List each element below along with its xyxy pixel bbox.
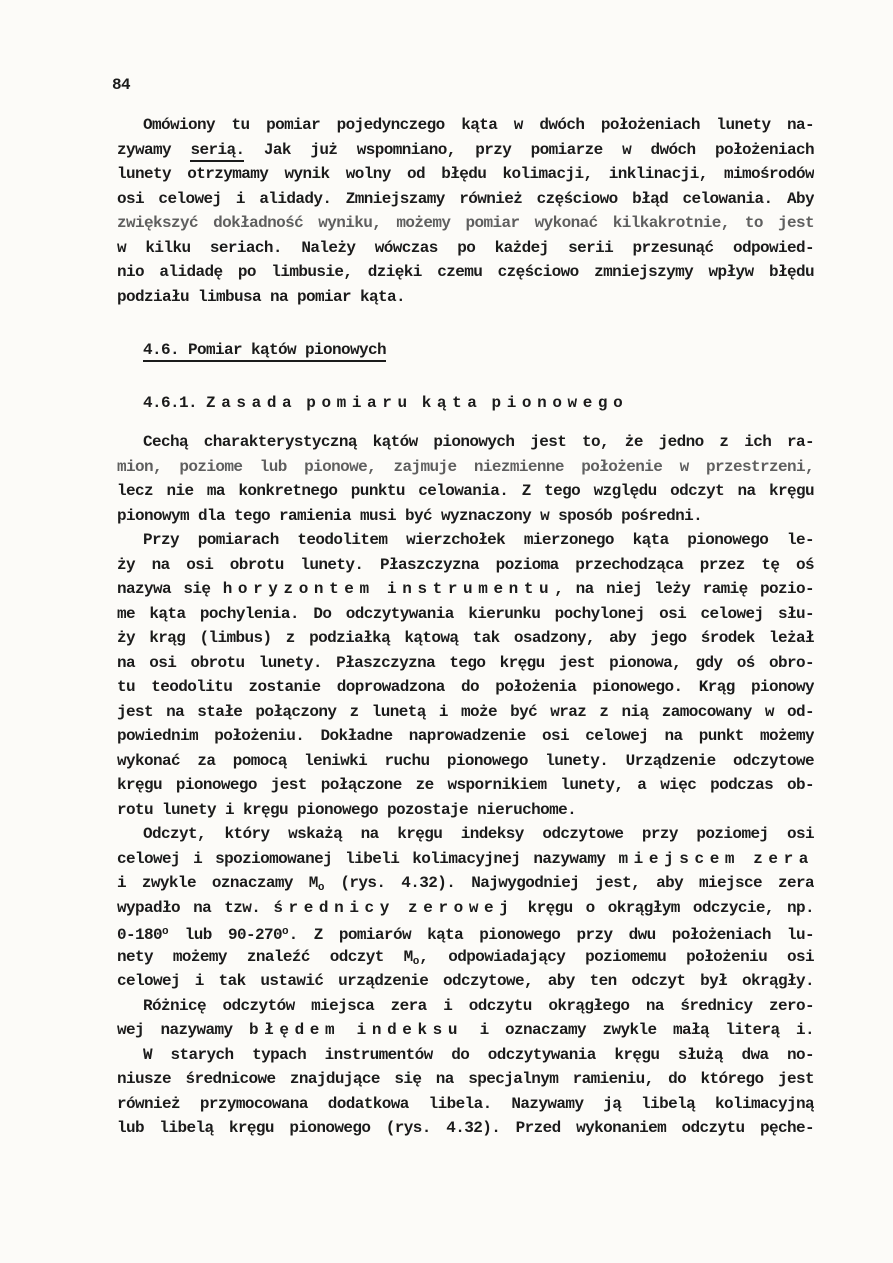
text-line: zywamy serią. Jak już wspomniano, przy p…	[117, 138, 814, 163]
paragraph-theodolite-measurement: Przy pomiarach teodolitem wierzchołek mi…	[117, 528, 814, 822]
text-line: i zwykle oznaczamy Mo (rys. 4.32). Najwy…	[117, 871, 814, 896]
text-line: W starych typach instrumentów do odczyty…	[117, 1043, 814, 1068]
paragraph-vertical-angle-principle: Cechą charakterystyczną kątów pionowych …	[117, 430, 814, 528]
text-line: wykonać za pomocą leniwki ruchu pionoweg…	[117, 749, 814, 774]
faded-print: zwiększyć dokładność wyniku, możemy pomi…	[117, 214, 814, 232]
letterspaced-term: zerowej	[408, 899, 514, 917]
text-line: Różnicę odczytów miejsca zera i odczytu …	[117, 994, 814, 1019]
text-line: me kąta pochylenia. Do odczytywania kier…	[117, 602, 814, 627]
text-line: Odczyt, który wskażą na kręgu indeksy od…	[117, 822, 814, 847]
letterspaced-term: horyzontem	[223, 580, 375, 598]
text-line: nety możemy znaleźć odczyt Mo, odpowiada…	[117, 945, 814, 970]
text-line: zwiększyć dokładność wyniku, możemy pomi…	[117, 211, 814, 236]
letterspaced-term: indeksu	[357, 1021, 463, 1039]
text-line: rotu lunety i kręgu pionowego pozostaje …	[117, 798, 814, 823]
heading-4-6-1: 4.6.1. Zasada pomiaru kąta pionowego	[117, 391, 814, 416]
letterspaced-term: kąta	[422, 394, 483, 412]
letterspaced-term: błędem	[249, 1021, 340, 1039]
paragraph-intro: Omówiony tu pomiar pojedynczego kąta w d…	[117, 113, 814, 309]
text-line: celowej i tak ustawić urządzenie odczyto…	[117, 969, 814, 994]
text-line: jest na stałe połączony z lunetą i może …	[117, 700, 814, 725]
text-line: osi celowej i alidady. Zmniejszamy równi…	[117, 187, 814, 212]
text-line: podziału limbusa na pomiar kąta.	[117, 285, 814, 310]
heading-4-6: 4.6. Pomiar kątów pionowych	[117, 338, 814, 363]
text-line: Omówiony tu pomiar pojedynczego kąta w d…	[117, 113, 814, 138]
heading-4-6-text: 4.6. Pomiar kątów pionowych	[117, 338, 814, 363]
document-content: Omówiony tu pomiar pojedynczego kąta w d…	[117, 113, 814, 1141]
text-line: Przy pomiarach teodolitem wierzchołek mi…	[117, 528, 814, 553]
text-line: lecz nie ma konkretnego punktu celowania…	[117, 479, 814, 504]
text-line: na osi obrotu lunety. Płaszczyzna tego k…	[117, 651, 814, 676]
text-line: lunety otrzymamy wynik wolny od błędu ko…	[117, 162, 814, 187]
text-line: celowej i spoziomowanej libeli kolimacyj…	[117, 847, 814, 872]
subscript: o	[318, 882, 325, 894]
text-line: wypadło na tzw. średnicy zerowej kręgu o…	[117, 896, 814, 921]
text-line: ży na osi obrotu lunety. Płaszczyzna poz…	[117, 553, 814, 578]
heading-4-6-1-text: 4.6.1. Zasada pomiaru kąta pionowego	[117, 391, 814, 416]
text-line: wej nazywamy błędem indeksu i oznaczamy …	[117, 1018, 814, 1043]
text-line: ży krąg (limbus) z podziałką kątową tak …	[117, 626, 814, 651]
letterspaced-term: pomiaru	[306, 394, 412, 412]
document-page: 84 Omówiony tu pomiar pojedynczego kąta …	[0, 0, 893, 1263]
page-number: 84	[112, 76, 130, 94]
text-line: 0-180o lub 90-270o. Z pomiarów kąta pion…	[117, 920, 814, 945]
underlined-term: serią.	[190, 141, 244, 162]
faded-print: mion, poziome lub pionowe, zajmuje niezm…	[117, 458, 814, 476]
text-line: powiednim położeniu. Dokładne naprowadze…	[117, 724, 814, 749]
text-line: kręgu pionowego jest połączone ze wsporn…	[117, 773, 814, 798]
paragraph-index-error: Różnicę odczytów miejsca zera i odczytu …	[117, 994, 814, 1043]
underlined-term: 4.6. Pomiar kątów pionowych	[143, 341, 386, 362]
text-line: również przymocowana dodatkowa libela. N…	[117, 1092, 814, 1117]
text-line: niusze średnicowe znajdujące się na spec…	[117, 1067, 814, 1092]
text-line: lub libelą kręgu pionowego (rys. 4.32). …	[117, 1116, 814, 1141]
text-line: nazywa się horyzontem instrumentu, na ni…	[117, 577, 814, 602]
text-line: tu teodolitu zostanie doprowadzona do po…	[117, 675, 814, 700]
letterspaced-term: Zasada	[206, 394, 297, 412]
text-line: mion, poziome lub pionowe, zajmuje niezm…	[117, 455, 814, 480]
subscript: o	[413, 956, 420, 968]
paragraph-place-of-zero: Odczyt, który wskażą na kręgu indeksy od…	[117, 822, 814, 994]
text-line: w kilku seriach. Należy wówczas po każde…	[117, 236, 814, 261]
superscript: o	[162, 926, 169, 938]
text-line: pionowym dla tego ramienia musi być wyzn…	[117, 504, 814, 529]
text-line: Cechą charakterystyczną kątów pionowych …	[117, 430, 814, 455]
paragraph-old-instruments: W starych typach instrumentów do odczyty…	[117, 1043, 814, 1141]
superscript: o	[282, 926, 289, 938]
letterspaced-term: pionowego	[492, 394, 629, 412]
text-line: nio alidadę po limbusie, dzięki czemu cz…	[117, 260, 814, 285]
letterspaced-term: zera	[753, 850, 814, 868]
letterspaced-term: instrumentu	[387, 580, 554, 598]
letterspaced-term: średnicy	[273, 899, 395, 917]
letterspaced-term: miejscem	[618, 850, 740, 868]
